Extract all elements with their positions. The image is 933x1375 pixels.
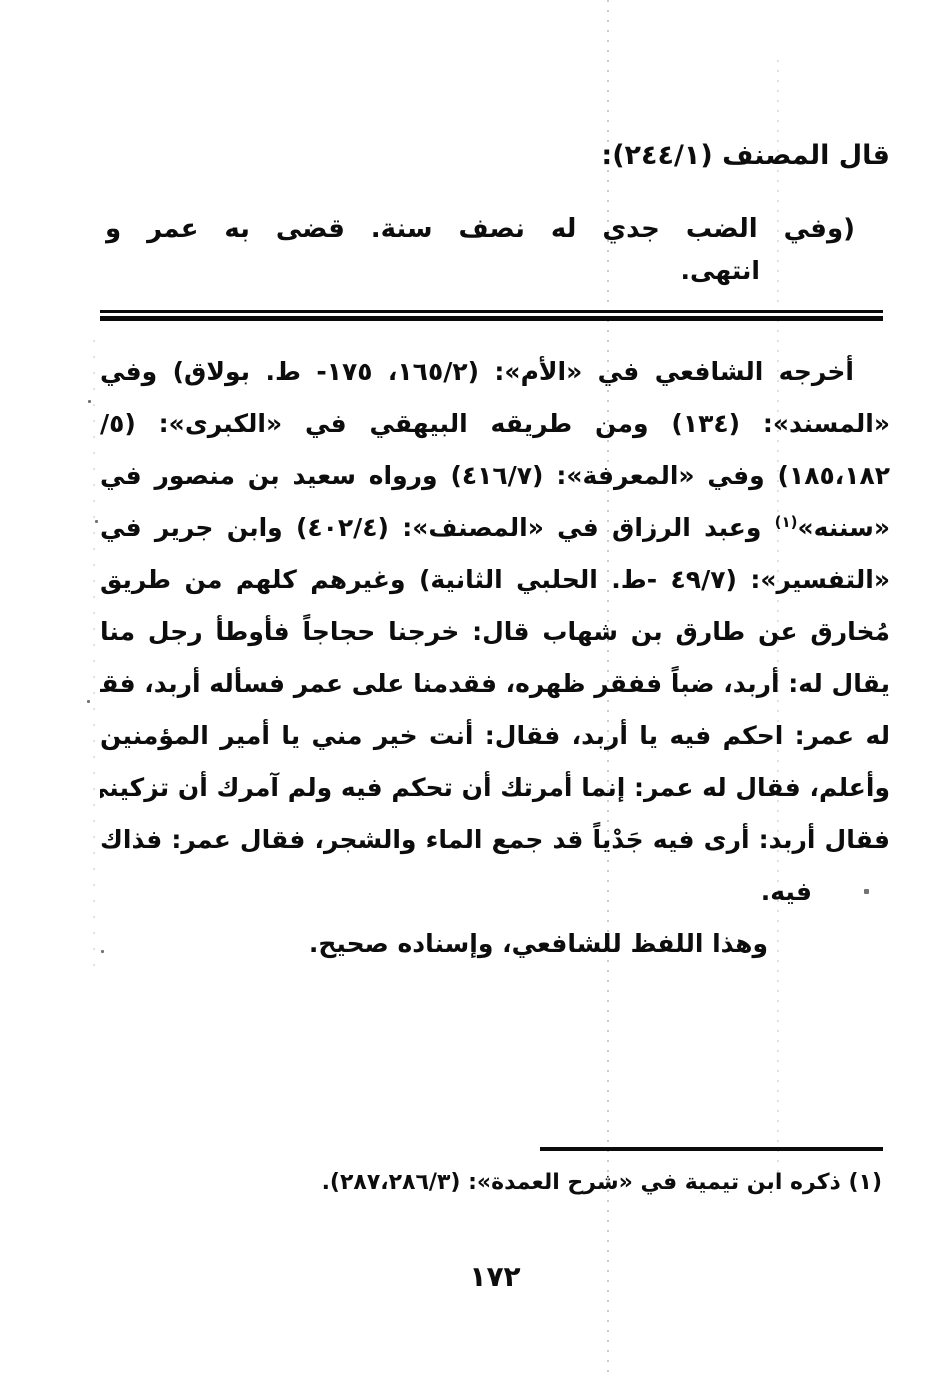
page-number: ١٧٢ [100,1260,890,1293]
takhrij-line-2: «المسند»: (١٣٤) ومن طريقه البيهقي في «ال… [100,398,890,450]
footnote-divider [540,1147,883,1151]
takhrij-line-7: يقال له: أربد، ضباً ففقر ظهره، فقدمنا عل… [100,658,890,710]
takhrij-line-11: فيه. [100,866,890,918]
scan-speck [87,700,90,703]
scan-speck [95,520,98,523]
scanned-book-page: قال المصنف (٢٤٤/١): (وفي الضب جدي له نصف… [0,0,933,1375]
intaha-marker: انتهى. [681,256,760,285]
scan-artifact-vline [93,340,95,975]
footnote-text: (١) ذكره ابن تيمية في «شرح العمدة»: (٢٨٧… [100,1160,882,1206]
conclusion-line: وهذا اللفظ للشافعي، وإسناده صحيح. [100,918,890,970]
takhrij-line-1: أخرجه الشافعي في «الأم»: (١٦٥/٢، ١٧٥- ط.… [100,346,890,398]
matn-quote: (وفي الضب جدي له نصف سنة. قضى به عمر و أ… [105,203,855,255]
takhrij-line-9: وأعلم، فقال له عمر: إنما أمرتك أن تحكم ف… [100,762,890,814]
scan-speck [88,400,91,403]
section-divider [100,310,883,321]
takhrij-line-4-rest: وعبد الرزاق في «المصنف»: (٤٠٢/٤) وابن جر… [100,513,775,542]
takhrij-line-8: له عمر: احكم فيه يا أربد، فقال: أنت خير … [100,710,890,762]
musannif-heading: قال المصنف (٢٤٤/١): [601,140,890,171]
takhrij-line-4: «سننه»(١) وعبد الرزاق في «المصنف»: (٤٠٢/… [100,502,890,554]
takhrij-line-3: ١٨٥،١٨٢) وفي «المعرفة»: (٤١٦/٧) ورواه سع… [100,450,890,502]
takhrij-line-6: مُخارق عن طارق بن شهاب قال: خرجنا حجاجاً… [100,606,890,658]
takhrij-line-10: فقال أربد: أرى فيه جَدْياً قد جمع الماء … [100,814,890,866]
takhrij-line-4-text: «سننه» [798,513,890,542]
divider-thick-line [100,316,883,321]
footnote-ref: (١) [775,513,798,531]
takhrij-line-5: «التفسير»: (٤٩/٧ -ط. الحلبي الثانية) وغي… [100,554,890,606]
takhrij-paragraph: أخرجه الشافعي في «الأم»: (١٦٥/٢، ١٧٥- ط.… [100,346,890,970]
